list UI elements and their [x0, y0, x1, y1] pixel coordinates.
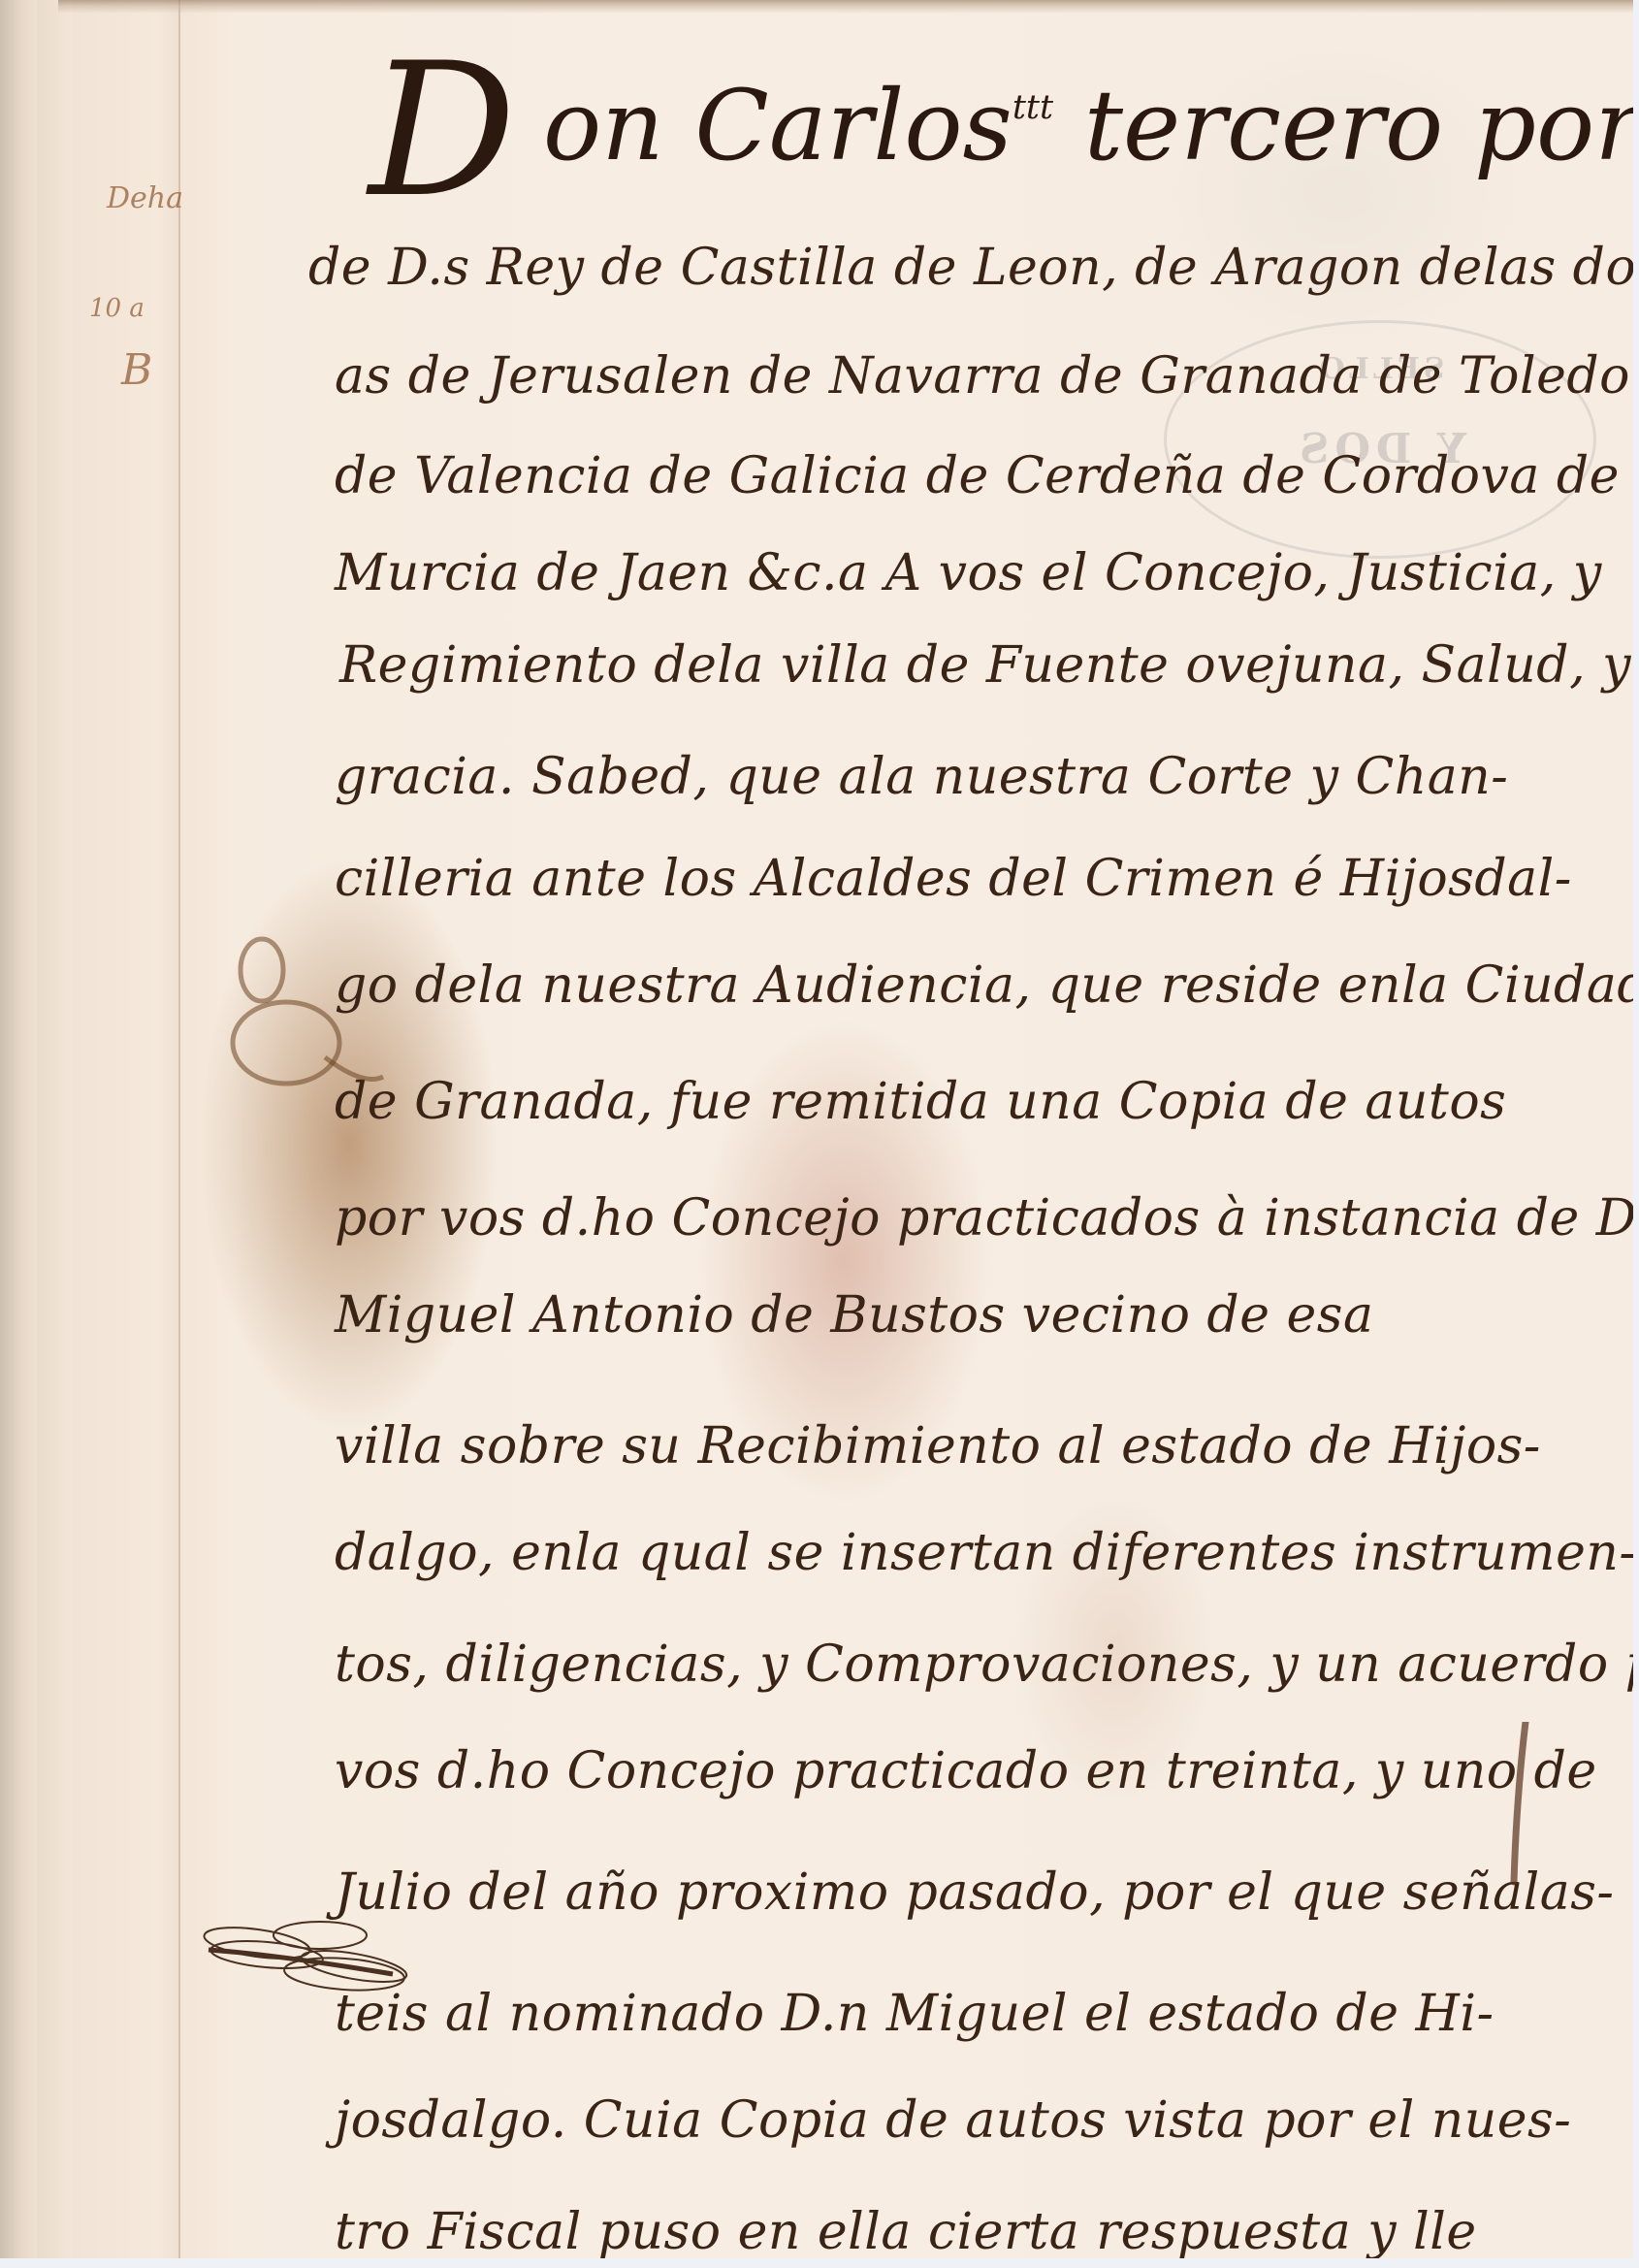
text-line-5: Regimiento dela villa de Fuente ovejuna,…	[339, 640, 1631, 691]
text-line-19: tro Fiscal puso en ella cierta respuesta…	[335, 2207, 1477, 2257]
text-line-8: go dela nuestra Audiencia, que reside en…	[335, 960, 1633, 1011]
stain-loop-icon	[218, 931, 393, 1164]
text-line-14: tos, diligencias, y Comprovaciones, y un…	[335, 1639, 1633, 1690]
text-line-11: Miguel Antonio de Bustos vecino de esa	[335, 1290, 1373, 1341]
text-line-12: villa sobre su Recibimiento al estado de…	[335, 1421, 1541, 1472]
text-line-1: de D.s Rey de Castilla de Leon, de Arago…	[308, 243, 1633, 293]
text-line-9: de Granada, fue remitida una Copia de au…	[335, 1077, 1506, 1127]
text-line-2: as de Jerusalen de Navarra de Granada de…	[335, 351, 1630, 402]
text-line-3: de Valencia de Galicia de Cerdeña de Cor…	[335, 451, 1620, 502]
manuscript-page: Deha 10 a B SELLO Y DOS D on Carlosttt t…	[0, 0, 1633, 2258]
document-viewer: Deha 10 a B SELLO Y DOS D on Carlosttt t…	[0, 0, 1639, 2268]
text-line-6: gracia. Sabed, que ala nuestra Corte y C…	[335, 752, 1508, 802]
title-superscript: ttt	[1012, 88, 1053, 127]
text-line-4: Murcia de Jaen &c.a A vos el Concejo, Ju…	[335, 548, 1602, 599]
text-line-13: dalgo, enla qual se insertan diferentes …	[335, 1528, 1633, 1578]
ink-drip-icon	[1508, 1722, 1537, 1887]
text-line-16: Julio del año proximo pasado, por el que…	[335, 1867, 1615, 1918]
text-line-15: vos d.ho Concejo practicado en treinta, …	[335, 1746, 1597, 1797]
title-continuation: tercero por la g	[1053, 69, 1633, 182]
decorated-initial: D	[369, 39, 516, 223]
title-name: on Carlos	[543, 69, 1012, 182]
text-line-18: josdalgo. Cuia Copia de autos vista por …	[335, 2095, 1571, 2146]
text-line-7: cilleria ante los Alcaldes del Crimen é …	[335, 854, 1572, 904]
text-line-10: por vos d.ho Concejo practicados à insta…	[335, 1193, 1633, 1244]
text-line-17: teis al nominado D.n Miguel el estado de…	[335, 1989, 1494, 2039]
title-line: on Carlosttt tercero por la g	[543, 78, 1633, 175]
ink-scribble-icon	[199, 1896, 412, 2003]
